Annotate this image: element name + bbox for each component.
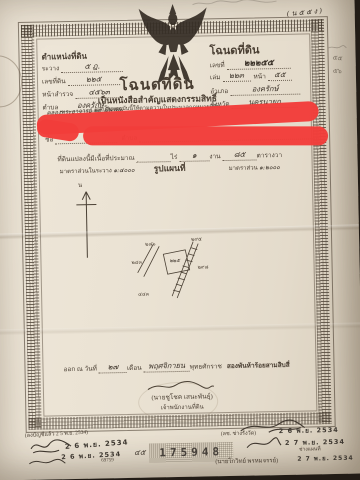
neighbor-parcel-label: ๒๙๕ [191,236,202,244]
footer-left-small-number: 69759 [101,458,114,463]
serial-prefix: ๔๕ [134,447,146,459]
photo-of-land-deed: ( น ๕ ๕ ง ) ตำแหน่งที่ดิน ระวาง ๕ ฎ. เลข… [0,0,360,480]
wa-value: ๘๕ [234,150,246,159]
date-stamp: 2 6 พ.ย. 2534 [279,425,339,436]
clerk-signature [27,455,67,468]
rawang-value: ๕ ฎ. [84,61,100,70]
neighbor-parcel-label: ๒๔๓ [131,259,142,267]
margin-note: ๕๕ [332,52,343,63]
volume-value: ๒๒๓ [229,71,244,80]
scale-in-sheet: มาตราส่วนในระวาง ๑:๔๐๐๐ [60,165,135,176]
deed-paper: ( น ๕ ๕ ง ) ตำแหน่งที่ดิน ระวาง ๕ ฎ. เลข… [0,0,360,480]
issue-month-value: พฤศจิกายน [148,361,185,371]
north-arrow-icon [74,188,99,262]
map-scale: มาตราส่วน ๑:๒๐๐๐ [229,162,280,173]
neighbor-parcel-label: ๔๔๓ [138,291,149,299]
draftsman-signature [243,435,283,452]
serial-number: 175948 [159,445,223,459]
redaction-bar [83,126,328,145]
map-scale-value: ๑:๒๐๐๐ [259,164,280,171]
margin-note: ๕๖ [332,65,342,76]
issue-day-value: ๒๗ [108,362,119,371]
neighbor-parcel-label: ๒๙๘ [198,263,209,271]
field-volume-page: เล่ม ๒๒๓ หน้า ๕๕ [210,68,292,83]
date-stamp: 2 7 พ.ย. 2534 [297,453,354,464]
parcel-number-label: ๒๒๕ [169,257,180,265]
issue-year-text: สองพันห้าร้อยสามสิบสี่ [227,360,290,371]
page-value: ๕๕ [274,70,286,79]
amphoe-value: องครักษ์ [252,84,279,94]
scale-in-sheet-value: ๑:๔๐๐๐ [113,167,134,174]
pencil-scribble [327,43,347,51]
footer-right-name: (นายโกวิทย์ พรหมจรรย์) [215,455,278,466]
deed-number-value: ๒๒๒๕๕ [244,58,274,69]
ngan-value: ๑ [192,151,197,160]
officer-title: เจ้าพนักงานที่ดิน [126,401,238,413]
map-figure-label: รูปแผนที่ [154,161,186,176]
neighbor-parcel-label: ๒๘๖ [145,240,155,248]
